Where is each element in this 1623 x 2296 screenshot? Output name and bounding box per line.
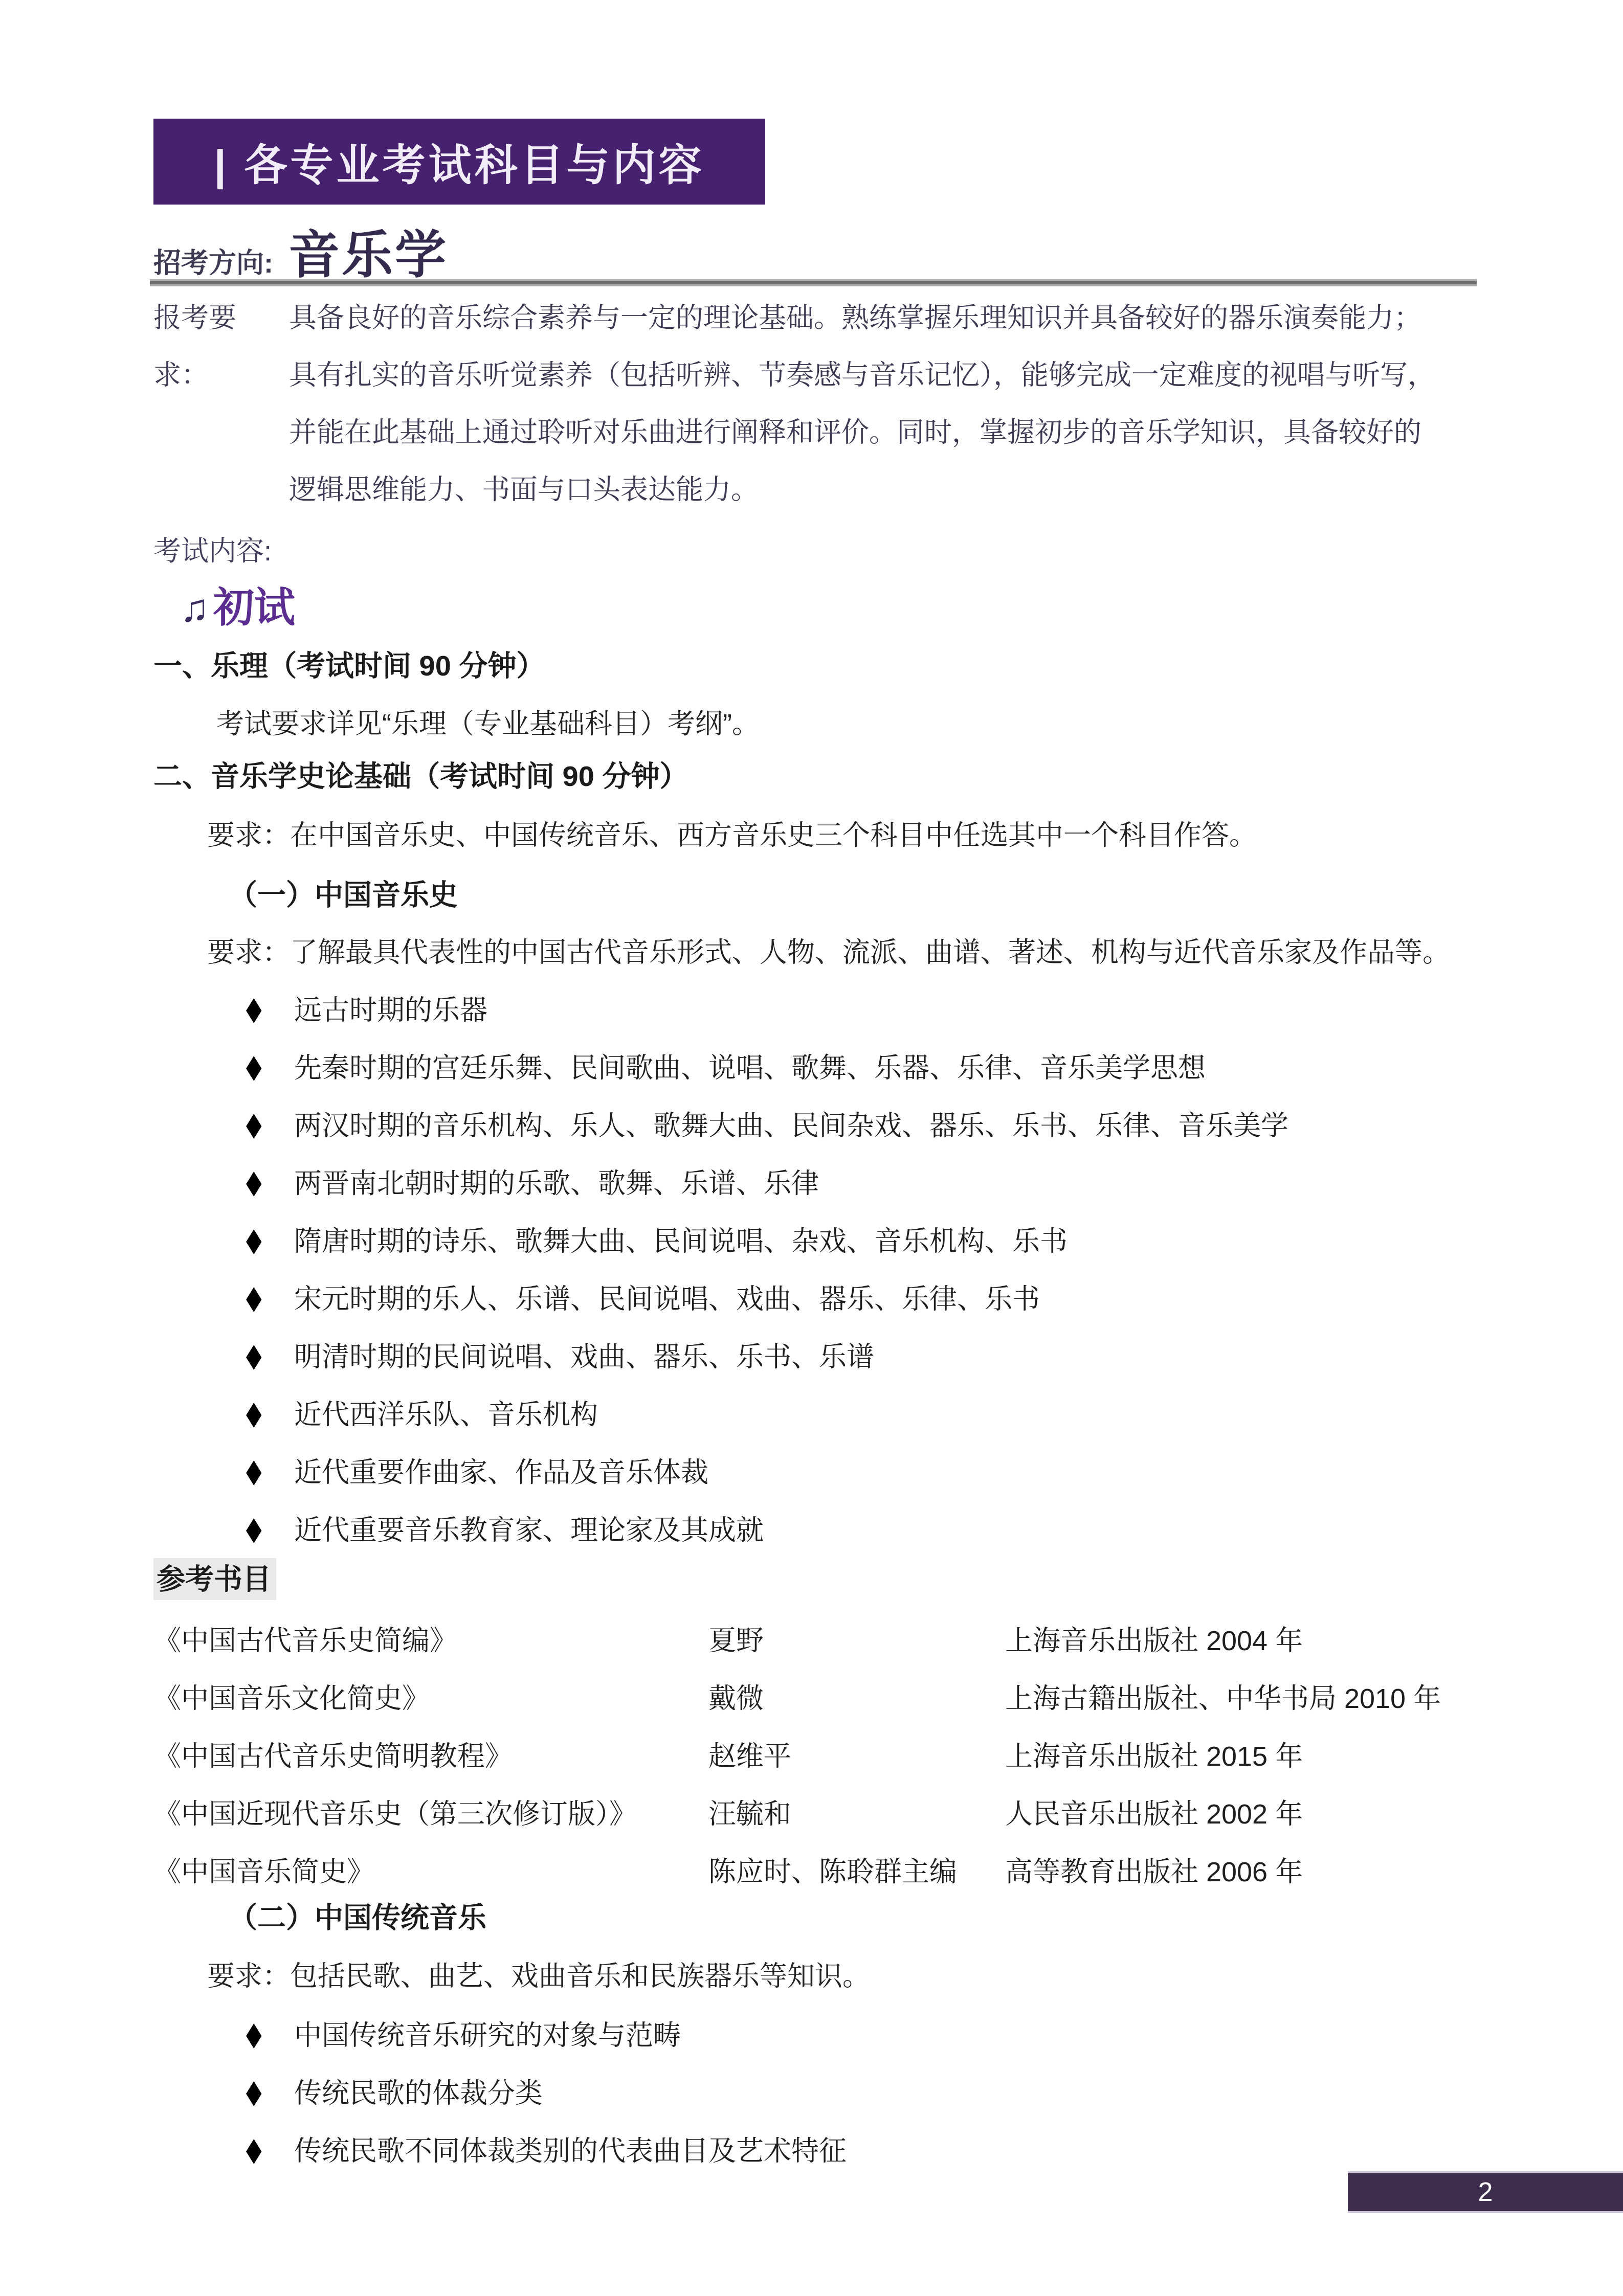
music-note-icon: ♫ xyxy=(180,587,209,630)
subsection-1-heading: （一）中国音乐史 xyxy=(229,866,458,924)
diamond-bullet-icon: ◆ xyxy=(246,989,261,1027)
diamond-bullet-icon: ◆ xyxy=(246,1509,261,1547)
page-title: 音乐学 xyxy=(288,214,448,287)
direction-label: 招考方向: xyxy=(153,241,273,281)
list-item: ◆近代重要作曲家、作品及音乐体裁 xyxy=(241,1442,1288,1499)
direction-row: 招考方向: 音乐学 xyxy=(153,214,448,287)
book-title: 《中国古代音乐史简编》 xyxy=(153,1619,708,1658)
list-item: ◆远古时期的乐器 xyxy=(241,979,1288,1037)
list-item: ◆传统民歌不同体裁类别的代表曲目及艺术特征 xyxy=(241,2120,847,2178)
list-item: ◆中国传统音乐研究的对象与范畴 xyxy=(241,2005,847,2062)
section-banner: | 各专业考试科目与内容 xyxy=(153,119,765,205)
section-1-note: 考试要求详见“乐理（专业基础科目）考纲”。 xyxy=(216,695,760,753)
first-round-title: 初试 xyxy=(213,584,295,630)
first-round-heading: ♫初试 xyxy=(180,577,295,639)
list-item: ◆隋唐时期的诗乐、歌舞大曲、民间说唱、杂戏、音乐机构、乐书 xyxy=(241,1210,1288,1268)
table-row: 《中国古代音乐史简明教程》 赵维平 上海音乐出版社 2015 年 xyxy=(153,1725,1483,1783)
diamond-bullet-icon: ◆ xyxy=(246,1393,261,1432)
book-publisher: 上海音乐出版社 2015 年 xyxy=(1005,1735,1483,1774)
book-publisher: 上海音乐出版社 2004 年 xyxy=(1005,1619,1483,1658)
diamond-bullet-icon: ◆ xyxy=(246,1162,261,1201)
traditional-music-bullet-list: ◆中国传统音乐研究的对象与范畴 ◆传统民歌的体裁分类 ◆传统民歌不同体裁类别的代… xyxy=(241,2005,847,2178)
list-item: ◆宋元时期的乐人、乐谱、民间说唱、戏曲、器乐、乐律、乐书 xyxy=(241,1268,1288,1326)
section-2-heading: 二、音乐学史论基础（考试时间 90 分钟） xyxy=(153,748,688,805)
exam-content-label: 考试内容: xyxy=(153,523,272,580)
list-item: ◆先秦时期的宫廷乐舞、民间歌曲、说唱、歌舞、乐器、乐律、音乐美学思想 xyxy=(241,1037,1288,1095)
list-item: ◆近代西洋乐队、音乐机构 xyxy=(241,1384,1288,1442)
page-number-box: 2 xyxy=(1348,2171,1623,2213)
diamond-bullet-icon: ◆ xyxy=(246,2072,261,2110)
diamond-bullet-icon: ◆ xyxy=(246,2014,261,2053)
diamond-bullet-icon: ◆ xyxy=(246,1336,261,1374)
table-row: 《中国近现代音乐史（第三次修订版）》 汪毓和 人民音乐出版社 2002 年 xyxy=(153,1783,1483,1841)
list-item: ◆两汉时期的音乐机构、乐人、歌舞大曲、民间杂戏、器乐、乐书、乐律、音乐美学 xyxy=(241,1095,1288,1153)
book-title: 《中国音乐文化简史》 xyxy=(153,1677,708,1716)
diamond-bullet-icon: ◆ xyxy=(246,1047,261,1085)
subsection-1-note: 要求：了解最具代表性的中国古代音乐形式、人物、流派、曲谱、著述、机构与近代音乐家… xyxy=(207,924,1450,981)
apply-requirements-text: 具备良好的音乐综合素养与一定的理论基础。熟练掌握乐理知识并具备较好的器乐演奏能力… xyxy=(289,289,1435,519)
book-publisher: 人民音乐出版社 2002 年 xyxy=(1005,1792,1483,1832)
diamond-bullet-icon: ◆ xyxy=(246,1220,261,1258)
apply-requirements-line: 具备良好的音乐综合素养与一定的理论基础。熟练掌握乐理知识并具备较好的器乐演奏能力… xyxy=(289,289,1435,347)
apply-requirements-line: 并能在此基础上通过聆听对乐曲进行阐释和评价。同时，掌握初步的音乐学知识，具备较好… xyxy=(289,404,1435,461)
bibliography-heading: 参考书目 xyxy=(153,1558,276,1600)
diamond-bullet-icon: ◆ xyxy=(246,1278,261,1316)
book-title: 《中国音乐简史》 xyxy=(153,1850,708,1889)
book-author: 戴微 xyxy=(708,1677,1005,1716)
apply-requirements-line: 逻辑思维能力、书面与口头表达能力。 xyxy=(289,461,1435,519)
book-title: 《中国古代音乐史简明教程》 xyxy=(153,1735,708,1774)
subsection-2-note: 要求：包括民歌、曲艺、戏曲音乐和民族器乐等知识。 xyxy=(207,1948,870,2005)
book-author: 赵维平 xyxy=(708,1735,1005,1774)
subsection-2-heading: （二）中国传统音乐 xyxy=(229,1889,486,1946)
book-title: 《中国近现代音乐史（第三次修订版）》 xyxy=(153,1792,708,1832)
apply-requirements-line: 具有扎实的音乐听觉素养（包括听辨、节奏感与音乐记忆），能够完成一定难度的视唱与听… xyxy=(289,347,1435,404)
section-1-heading: 一、乐理（考试时间 90 分钟） xyxy=(153,637,545,694)
horizontal-rule xyxy=(150,279,1477,286)
book-author: 汪毓和 xyxy=(708,1792,1005,1832)
list-item: ◆两晋南北朝时期的乐歌、歌舞、乐谱、乐律 xyxy=(241,1153,1288,1210)
page-number: 2 xyxy=(1478,2177,1493,2208)
diamond-bullet-icon: ◆ xyxy=(246,2130,261,2168)
chinese-music-history-bullet-list: ◆远古时期的乐器 ◆先秦时期的宫廷乐舞、民间歌曲、说唱、歌舞、乐器、乐律、音乐美… xyxy=(241,979,1288,1557)
section-2-note: 要求：在中国音乐史、中国传统音乐、西方音乐史三个科目中任选其中一个科目作答。 xyxy=(207,807,1257,864)
book-publisher: 上海古籍出版社、中华书局 2010 年 xyxy=(1005,1677,1483,1716)
table-row: 《中国古代音乐史简编》 夏野 上海音乐出版社 2004 年 xyxy=(153,1610,1483,1668)
table-row: 《中国音乐文化简史》 戴微 上海古籍出版社、中华书局 2010 年 xyxy=(153,1668,1483,1725)
book-author: 夏野 xyxy=(708,1619,1005,1658)
bibliography-table: 《中国古代音乐史简编》 夏野 上海音乐出版社 2004 年 《中国音乐文化简史》… xyxy=(153,1610,1483,1899)
diamond-bullet-icon: ◆ xyxy=(246,1451,261,1490)
list-item: ◆传统民歌的体裁分类 xyxy=(241,2062,847,2120)
section-banner-title: | 各专业考试科目与内容 xyxy=(214,131,705,193)
book-author: 陈应时、陈聆群主编 xyxy=(708,1850,1005,1889)
book-publisher: 高等教育出版社 2006 年 xyxy=(1005,1850,1483,1889)
apply-requirements-label: 报考要求： xyxy=(153,289,289,519)
syllabus-page: | 各专业考试科目与内容 招考方向: 音乐学 报考要求： 具备良好的音乐综合素养… xyxy=(0,0,1623,2296)
list-item: ◆明清时期的民间说唱、戏曲、器乐、乐书、乐谱 xyxy=(241,1326,1288,1384)
apply-requirements: 报考要求： 具备良好的音乐综合素养与一定的理论基础。熟练掌握乐理知识并具备较好的… xyxy=(153,289,1435,519)
list-item: ◆近代重要音乐教育家、理论家及其成就 xyxy=(241,1499,1288,1557)
diamond-bullet-icon: ◆ xyxy=(246,1105,261,1143)
